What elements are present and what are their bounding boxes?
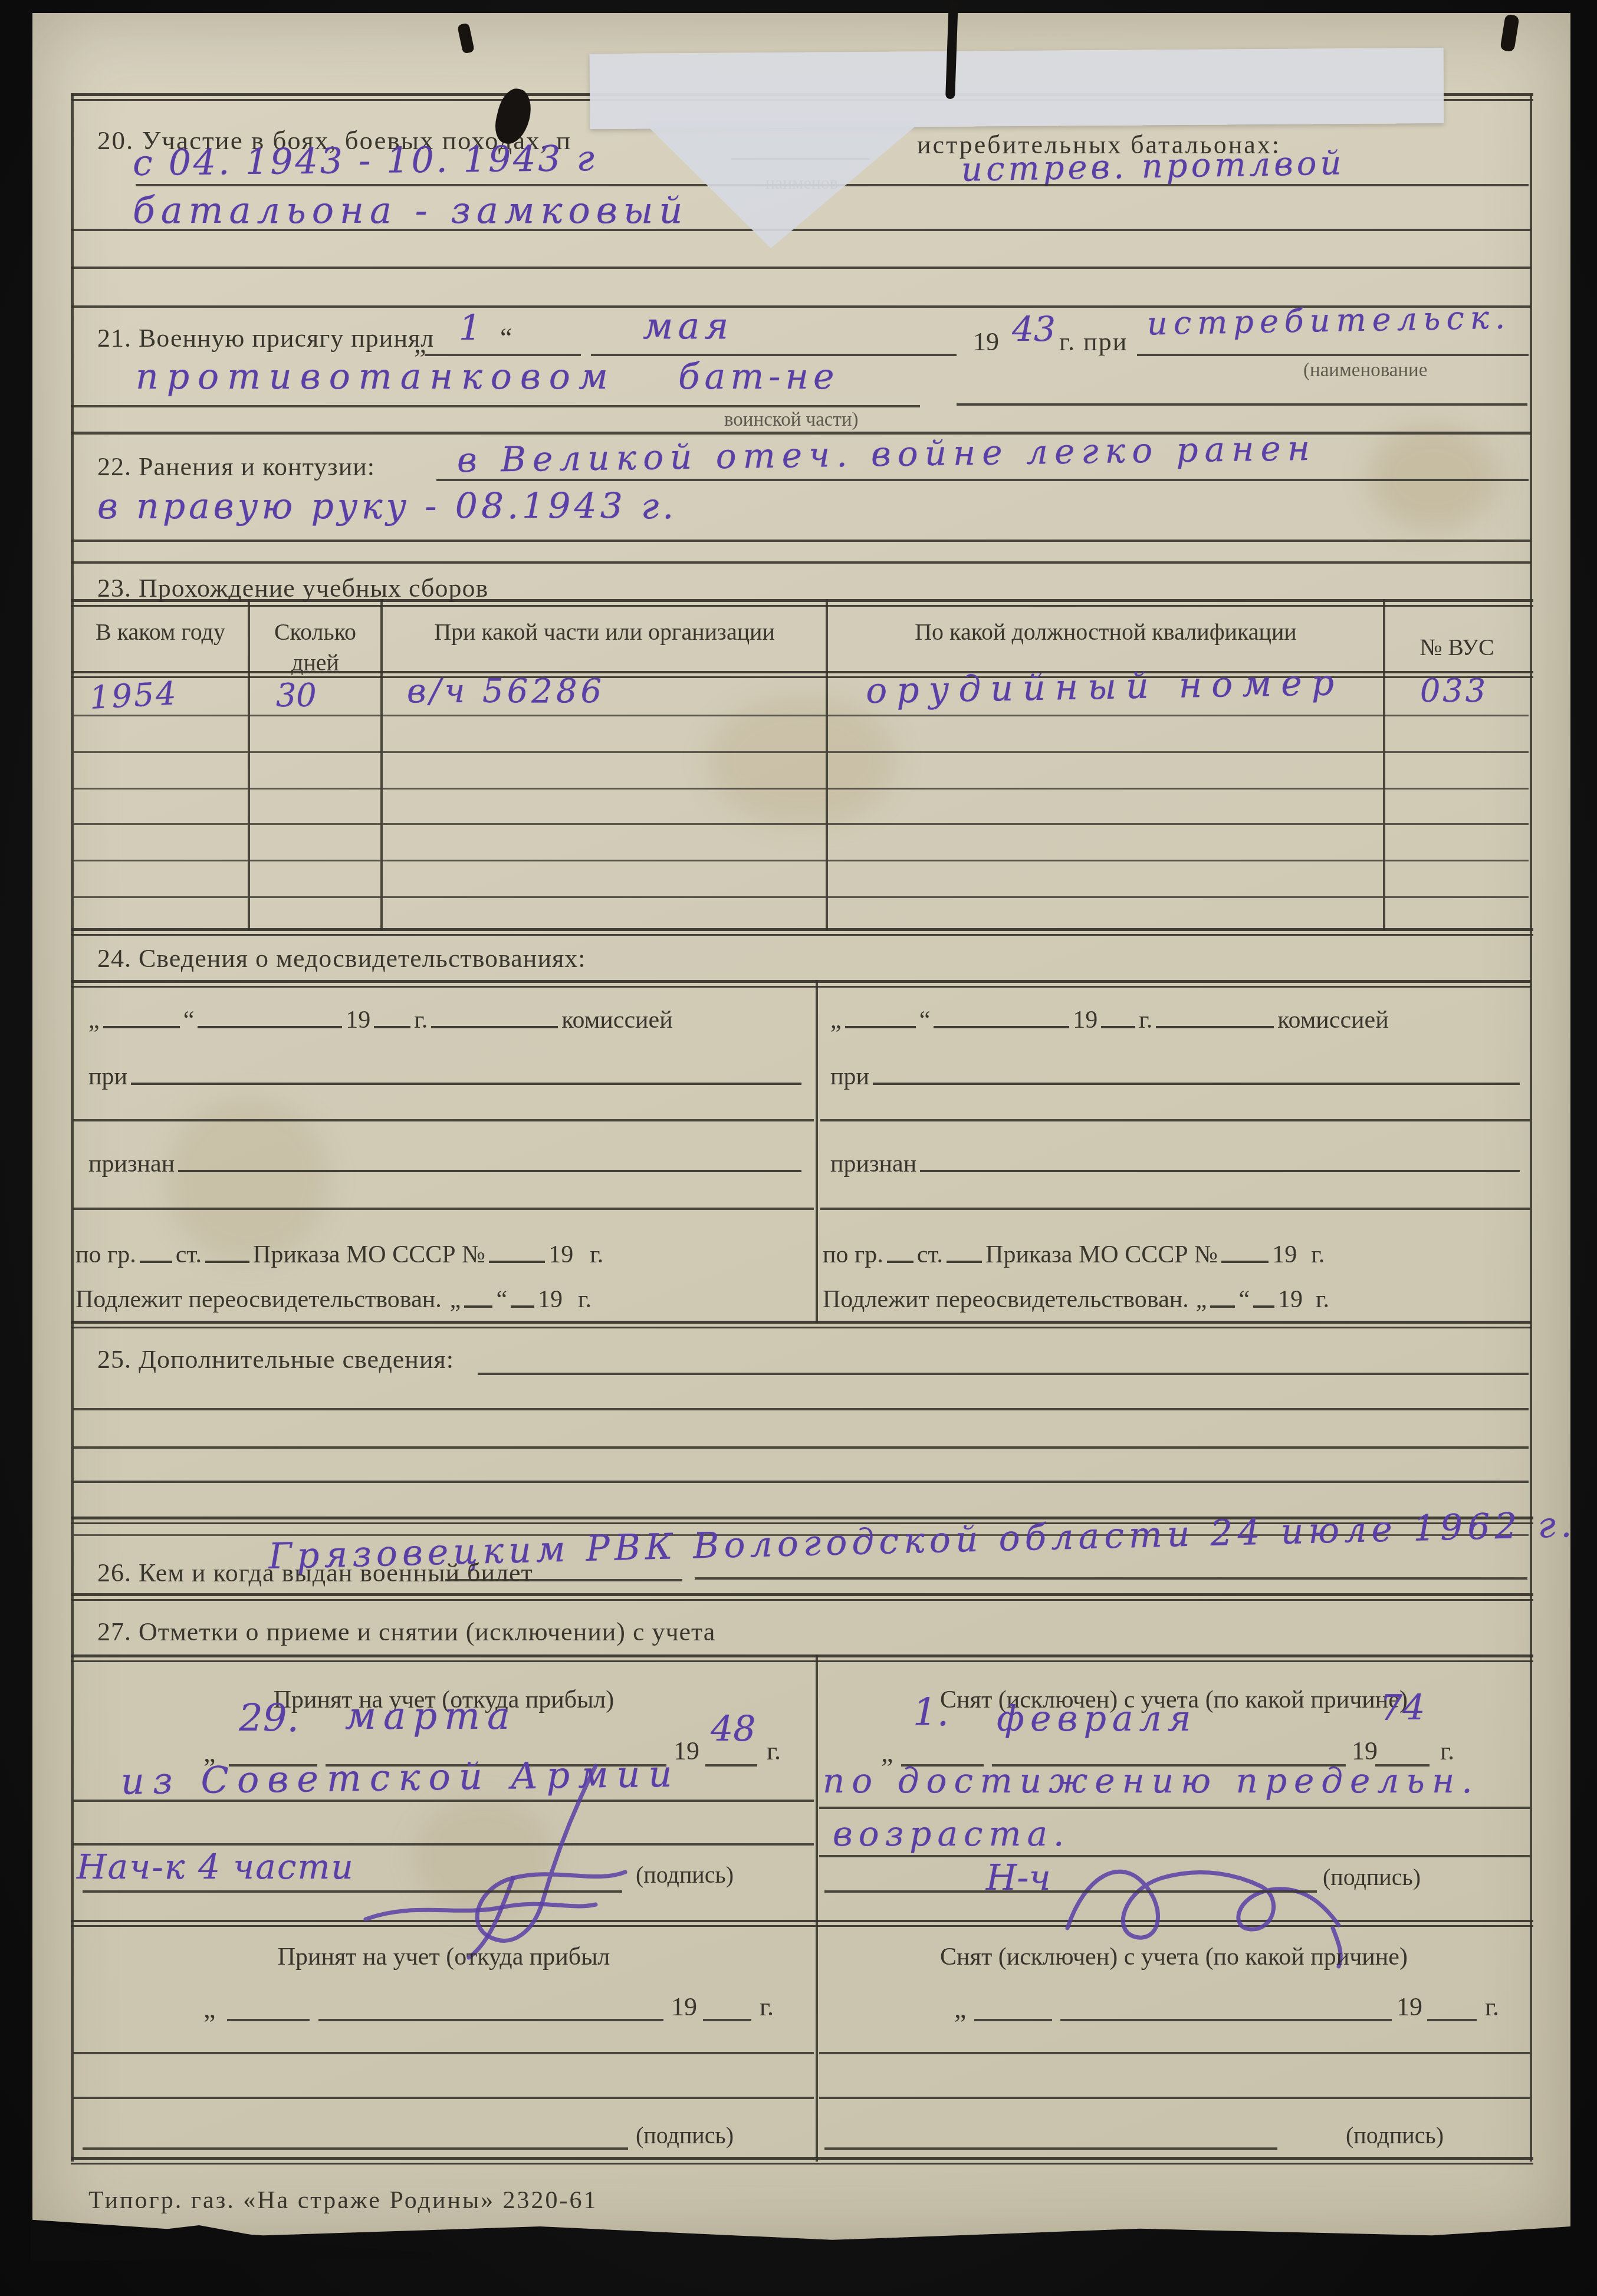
podpis-label: (подпись): [636, 2121, 734, 2149]
ruled-line: [478, 1373, 1529, 1375]
printed-19: 19: [548, 1241, 573, 1269]
section25-title: 25. Дополнительные сведения:: [97, 1344, 454, 1374]
section-divider-line: [71, 1321, 1531, 1328]
printed-19: 19: [973, 327, 999, 357]
registration-table-top-border: [71, 1654, 1533, 1662]
printed-g: г.: [1311, 1241, 1325, 1269]
quote-close: “: [1238, 1285, 1250, 1314]
blank-line: [920, 1170, 1520, 1172]
ruled-line: [820, 1119, 1530, 1121]
quote-open: „: [203, 1993, 215, 2024]
table-bottom-border: [71, 928, 1533, 936]
signature-line: [824, 2147, 1277, 2150]
printed-st: ст.: [917, 1241, 943, 1269]
section-divider-line: [71, 980, 1531, 988]
hw-removed-day: 1.: [913, 1691, 949, 1735]
table-row-line: [73, 896, 1529, 898]
ruled-line: [1060, 2019, 1392, 2021]
print-shop-imprint: Типогр. газ. «На страже Родины» 2320-61: [88, 2186, 598, 2215]
medical-date-row: „ “ 19 г. комиссией: [830, 1006, 1523, 1034]
blank-line: [431, 1026, 558, 1028]
quote-open: „: [450, 1285, 461, 1314]
printed-g: г.: [590, 1241, 603, 1269]
ruled-line: [71, 267, 1531, 269]
scanned-military-card-page: 20. Участие в боях, боевых походах, п ис…: [0, 0, 1597, 2296]
section22-title: 22. Ранения и контузии:: [97, 452, 375, 482]
table-cell-unit: в/ч 56286: [407, 672, 605, 710]
medical-pri-row: при: [830, 1063, 1523, 1091]
table-column-line: [380, 599, 383, 930]
ruled-line: [705, 1764, 757, 1767]
table-header-year: В каком году: [75, 617, 245, 647]
hw-oath-year: 43: [1012, 309, 1056, 349]
printed-podlezhit: Подлежит переосвидетельствован.: [75, 1285, 442, 1314]
signature-line: [83, 2147, 628, 2150]
table-row-line: [73, 715, 1529, 716]
signature-line: [824, 1890, 1317, 1893]
medical-prikaz-row: по гр. ст. Приказа МО СССР № 19 г.: [75, 1241, 809, 1269]
blank-line: [198, 1026, 342, 1028]
printed-g: г.: [767, 1736, 781, 1766]
accept-header2: Принят на учет (откуда прибыл: [77, 1941, 811, 1973]
hw-accept-year: 48: [711, 1709, 755, 1750]
section21-sub-naimenovanie: (наименование: [1303, 360, 1427, 381]
table-cell-days: 30: [276, 677, 317, 714]
hw-wound-line2: в правую руку - 08.1943 г.: [97, 486, 677, 527]
table-header-unit: При какой части или организации: [401, 617, 808, 647]
ruled-line: [703, 2019, 751, 2021]
ruled-line: [71, 229, 1531, 231]
quote-close: “: [500, 322, 512, 353]
blank-line: [374, 1026, 410, 1028]
quote-open: „: [1196, 1285, 1207, 1314]
ruled-line: [819, 1807, 1530, 1809]
blank-line: [887, 1261, 913, 1263]
table-cell-vus: 033: [1420, 672, 1488, 709]
hw-oath-unit1: истребительск.: [1146, 299, 1511, 343]
quote-close: “: [183, 1006, 195, 1034]
printed-po-gr: по гр.: [75, 1241, 136, 1269]
ruled-line: [73, 1208, 814, 1210]
hw-oath-month: мая: [643, 304, 733, 347]
printed-pri: при: [830, 1063, 869, 1091]
ruled-line: [1137, 354, 1529, 356]
registration-column-divider: [816, 1654, 818, 2162]
blank-line: [1156, 1026, 1274, 1028]
printed-g: г.: [1316, 1285, 1329, 1314]
medical-podlezhit-row: Подлежит переосвидетельствован. „ “ 19 г…: [823, 1285, 1526, 1314]
removed-header2: Снят (исключен) с учета (по какой причин…: [821, 1941, 1526, 1973]
table-top-border: [71, 599, 1533, 607]
medical-podlezhit-row: Подлежит переосвидетельствован. „ “ 19 г…: [75, 1285, 809, 1314]
section21-sub-voinskoy: воинской части): [724, 409, 859, 431]
printed-prikaz: Приказа МО СССР №: [985, 1241, 1218, 1269]
table-row-line: [73, 788, 1529, 790]
ruled-line: [71, 540, 1531, 542]
signature: [318, 1760, 661, 1961]
blank-line: [205, 1261, 249, 1263]
ruled-line: [73, 2097, 814, 2099]
ruled-line: [819, 2097, 1530, 2099]
printed-g: г.: [1139, 1006, 1152, 1034]
table-column-line: [248, 599, 250, 930]
blank-line: [464, 1305, 492, 1308]
printed-19: 19: [346, 1006, 370, 1034]
table-cell-qual: орудийный номер: [865, 662, 1343, 712]
printed-19: 19: [671, 1992, 697, 2022]
blank-line: [140, 1261, 172, 1263]
signature-line: [83, 1890, 622, 1893]
table-header-vus: № ВУС: [1385, 632, 1529, 663]
ruled-line: [445, 1579, 682, 1581]
blank-line: [845, 1026, 916, 1028]
blank-line: [873, 1083, 1520, 1085]
podpis-label: (подпись): [636, 1861, 734, 1889]
hw-removed-month: февраля: [997, 1698, 1197, 1739]
blank-line: [1101, 1026, 1135, 1028]
medical-pri-row: при: [88, 1063, 805, 1091]
hw-removed-reason2: возраста.: [833, 1814, 1070, 1854]
printed-g: г.: [760, 1992, 774, 2022]
blank-line: [178, 1170, 801, 1172]
ruled-line: [820, 1208, 1530, 1210]
podpis-label: (подпись): [1346, 2121, 1444, 2149]
form-bottom-border: [71, 2157, 1533, 2165]
printed-g: г.: [414, 1006, 428, 1034]
ruled-line: [436, 479, 1529, 481]
hw-removed-year: 74: [1380, 1688, 1425, 1729]
printed-priznan: признан: [830, 1150, 916, 1178]
printed-g: г.: [578, 1285, 592, 1314]
quote-close: “: [919, 1006, 931, 1034]
printed-19: 19: [1073, 1006, 1097, 1034]
ruled-line: [819, 2052, 1530, 2054]
section21-title: 21. Военную присягу принял: [97, 323, 434, 353]
blank-line: [489, 1261, 545, 1263]
ruled-line: [73, 1481, 1529, 1483]
hw-oath-unit2a: противотанковом: [136, 356, 616, 397]
hw-battle-period: с 04. 1943 - 10. 1943 г: [133, 138, 597, 184]
table-cell-year: 1954: [88, 675, 179, 716]
quote-close: “: [496, 1285, 507, 1314]
form-right-border: [1530, 93, 1532, 2162]
section24-title: 24. Сведения о медосвидетельствованиях:: [97, 943, 586, 973]
hw-battle-unit2: батальона - замковый: [133, 189, 688, 232]
ruled-line: [71, 561, 1531, 564]
printed-prikaz: Приказа МО СССР №: [253, 1241, 485, 1269]
printed-g-pri: г. при: [1059, 327, 1128, 357]
section26-title: 26. Кем и когда выдан военный билет: [97, 1558, 533, 1588]
table-row-line: [73, 860, 1529, 861]
blank-line: [934, 1026, 1069, 1028]
printed-komissiey: комиссией: [561, 1006, 672, 1034]
quote-open: „: [954, 1993, 966, 2024]
printed-19: 19: [1396, 1992, 1422, 2022]
paper-stain: [165, 1097, 330, 1262]
podpis-label: (подпись): [1323, 1863, 1421, 1891]
hw-removed-reason1: по достижению предельн.: [823, 1761, 1480, 1801]
blank-line: [1221, 1261, 1269, 1263]
printed-19: 19: [1272, 1241, 1297, 1269]
blank-line: [1210, 1305, 1235, 1308]
blank-line: [947, 1261, 982, 1263]
hw-oath-unit2b: бат-не: [678, 356, 839, 397]
table-header-days: Сколько дней: [252, 617, 378, 678]
hw-accept-sign-title: Нач-к 4 части: [77, 1847, 354, 1887]
ruled-line: [695, 1577, 1527, 1580]
blank-line: [131, 1083, 801, 1085]
blank-line: [1253, 1305, 1274, 1308]
hw-accept-month: марта: [345, 1695, 517, 1738]
quote-open: „: [830, 1006, 842, 1034]
printed-podlezhit: Подлежит переосвидетельствован.: [823, 1285, 1189, 1314]
ruled-line: [73, 2052, 814, 2054]
quote-open: „: [88, 1006, 100, 1034]
printed-19: 19: [538, 1285, 563, 1314]
ruled-line: [71, 405, 920, 407]
medical-priznan-row: признан: [830, 1150, 1523, 1178]
hw-accept-day: 29.: [239, 1697, 299, 1741]
table-row-line: [73, 751, 1529, 753]
hw-oath-day: 1: [459, 308, 481, 349]
paper-stain: [1368, 425, 1498, 531]
printed-st: ст.: [176, 1241, 202, 1269]
ruled-line: [957, 403, 1527, 406]
table-header-qual: По какой должностной квалификации: [873, 617, 1339, 647]
table-row-line: [73, 823, 1529, 825]
printed-19: 19: [1278, 1285, 1303, 1314]
printed-komissiey: комиссией: [1277, 1006, 1388, 1034]
printed-pri: при: [88, 1063, 127, 1091]
tape-patch: [590, 48, 1444, 129]
ruled-line: [73, 1446, 1529, 1449]
printed-priznan: признан: [88, 1150, 175, 1178]
table-column-line: [826, 599, 828, 930]
form-left-border: [71, 93, 74, 2162]
medical-priznan-row: признан: [88, 1150, 805, 1178]
section-divider-line: [71, 1593, 1533, 1601]
medical-prikaz-row: по гр. ст. Приказа МО СССР № 19 г.: [823, 1241, 1526, 1269]
medical-date-row: „ “ 19 г. комиссией: [88, 1006, 805, 1034]
ruled-line: [974, 2019, 1052, 2021]
hw-battle-unit: истрев. протлвой: [961, 144, 1345, 189]
blank-line: [511, 1305, 534, 1308]
printed-g: г.: [1485, 1992, 1499, 2022]
ruled-line: [73, 1408, 1529, 1410]
ruled-line: [1427, 2019, 1477, 2021]
ruled-line: [73, 1119, 814, 1121]
ruled-line: [227, 2019, 310, 2021]
printed-po-gr: по гр.: [823, 1241, 883, 1269]
blank-line: [103, 1026, 180, 1028]
medical-column-divider: [816, 980, 818, 1323]
ruled-line: [318, 2019, 663, 2021]
section27-title: 27. Отметки о приеме и снятии (исключени…: [97, 1617, 715, 1647]
